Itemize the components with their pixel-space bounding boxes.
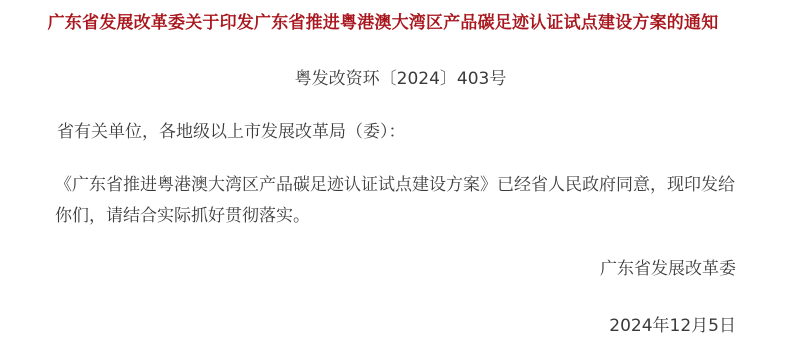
body-paragraph: 《广东省推进粤港澳大湾区产品碳足迹认证试点建设方案》已经省人民政府同意，现印发给… — [55, 170, 745, 232]
document-title: 广东省发展改革委关于印发广东省推进粤港澳大湾区产品碳足迹认证试点建设方案的通知 — [0, 8, 766, 33]
salutation: 省有关单位，各地级以上市发展改革局（委）： — [57, 117, 406, 142]
issue-date: 2024年12月5日 — [609, 311, 736, 336]
body-line: 你们，请结合实际抓好贯彻落实。 — [55, 201, 745, 232]
issuer-signature: 广东省发展改革委 — [600, 254, 736, 279]
document-number: 粤发改资环〔2024〕403号 — [0, 64, 801, 89]
body-line: 《广东省推进粤港澳大湾区产品碳足迹认证试点建设方案》已经省人民政府同意，现印发给 — [55, 170, 745, 201]
